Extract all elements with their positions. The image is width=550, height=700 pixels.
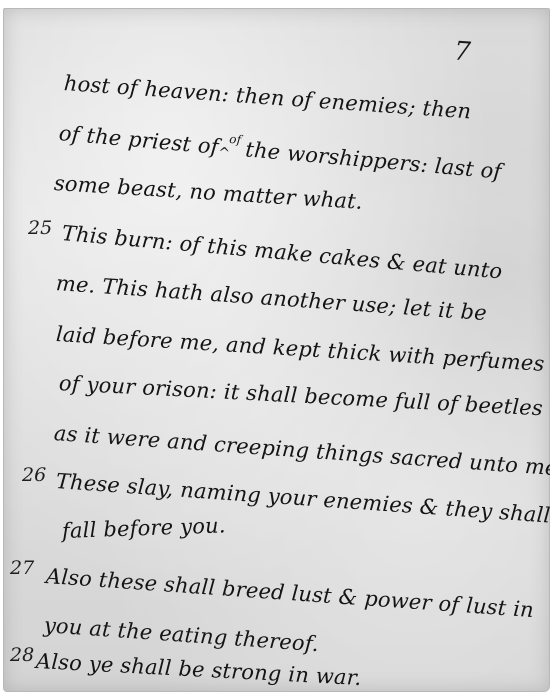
verse-number-25: 25 (28, 217, 52, 239)
manuscript-line-2: of the priest of^of the worshippers: las… (58, 121, 503, 184)
manuscript-line-10: fall before you. (62, 513, 226, 543)
manuscript-line-4: This burn: of this make cakes & eat unto (61, 221, 503, 283)
manuscript-page: 7 host of heaven: then of enemies; then … (3, 8, 550, 692)
manuscript-line-11: Also these shall breed lust & power of l… (45, 564, 534, 622)
manuscript-line-3: some beast, no matter what. (53, 171, 363, 214)
verse-number-28: 28 (10, 644, 34, 666)
insertion-text: of (229, 132, 242, 147)
verse-number-26: 26 (22, 464, 46, 486)
manuscript-line-1: host of heaven: then of enemies; then (63, 71, 472, 123)
manuscript-line-12: you at the eating thereof. (43, 613, 320, 656)
verse-number-27: 27 (10, 557, 34, 579)
line-2-text-after: the worshippers: last of (244, 137, 502, 183)
manuscript-line-6: laid before me, and kept thick with perf… (55, 322, 545, 376)
line-2-text-before: of the priest of (58, 121, 220, 159)
insertion-caret: ^ (217, 145, 230, 162)
manuscript-line-8: as it were and creeping things sacred un… (53, 421, 550, 481)
manuscript-line-7: of your orison: it shall become full of … (58, 371, 543, 420)
page-number: 7 (453, 36, 472, 67)
manuscript-line-5: me. This hath also another use; let it b… (55, 271, 487, 325)
